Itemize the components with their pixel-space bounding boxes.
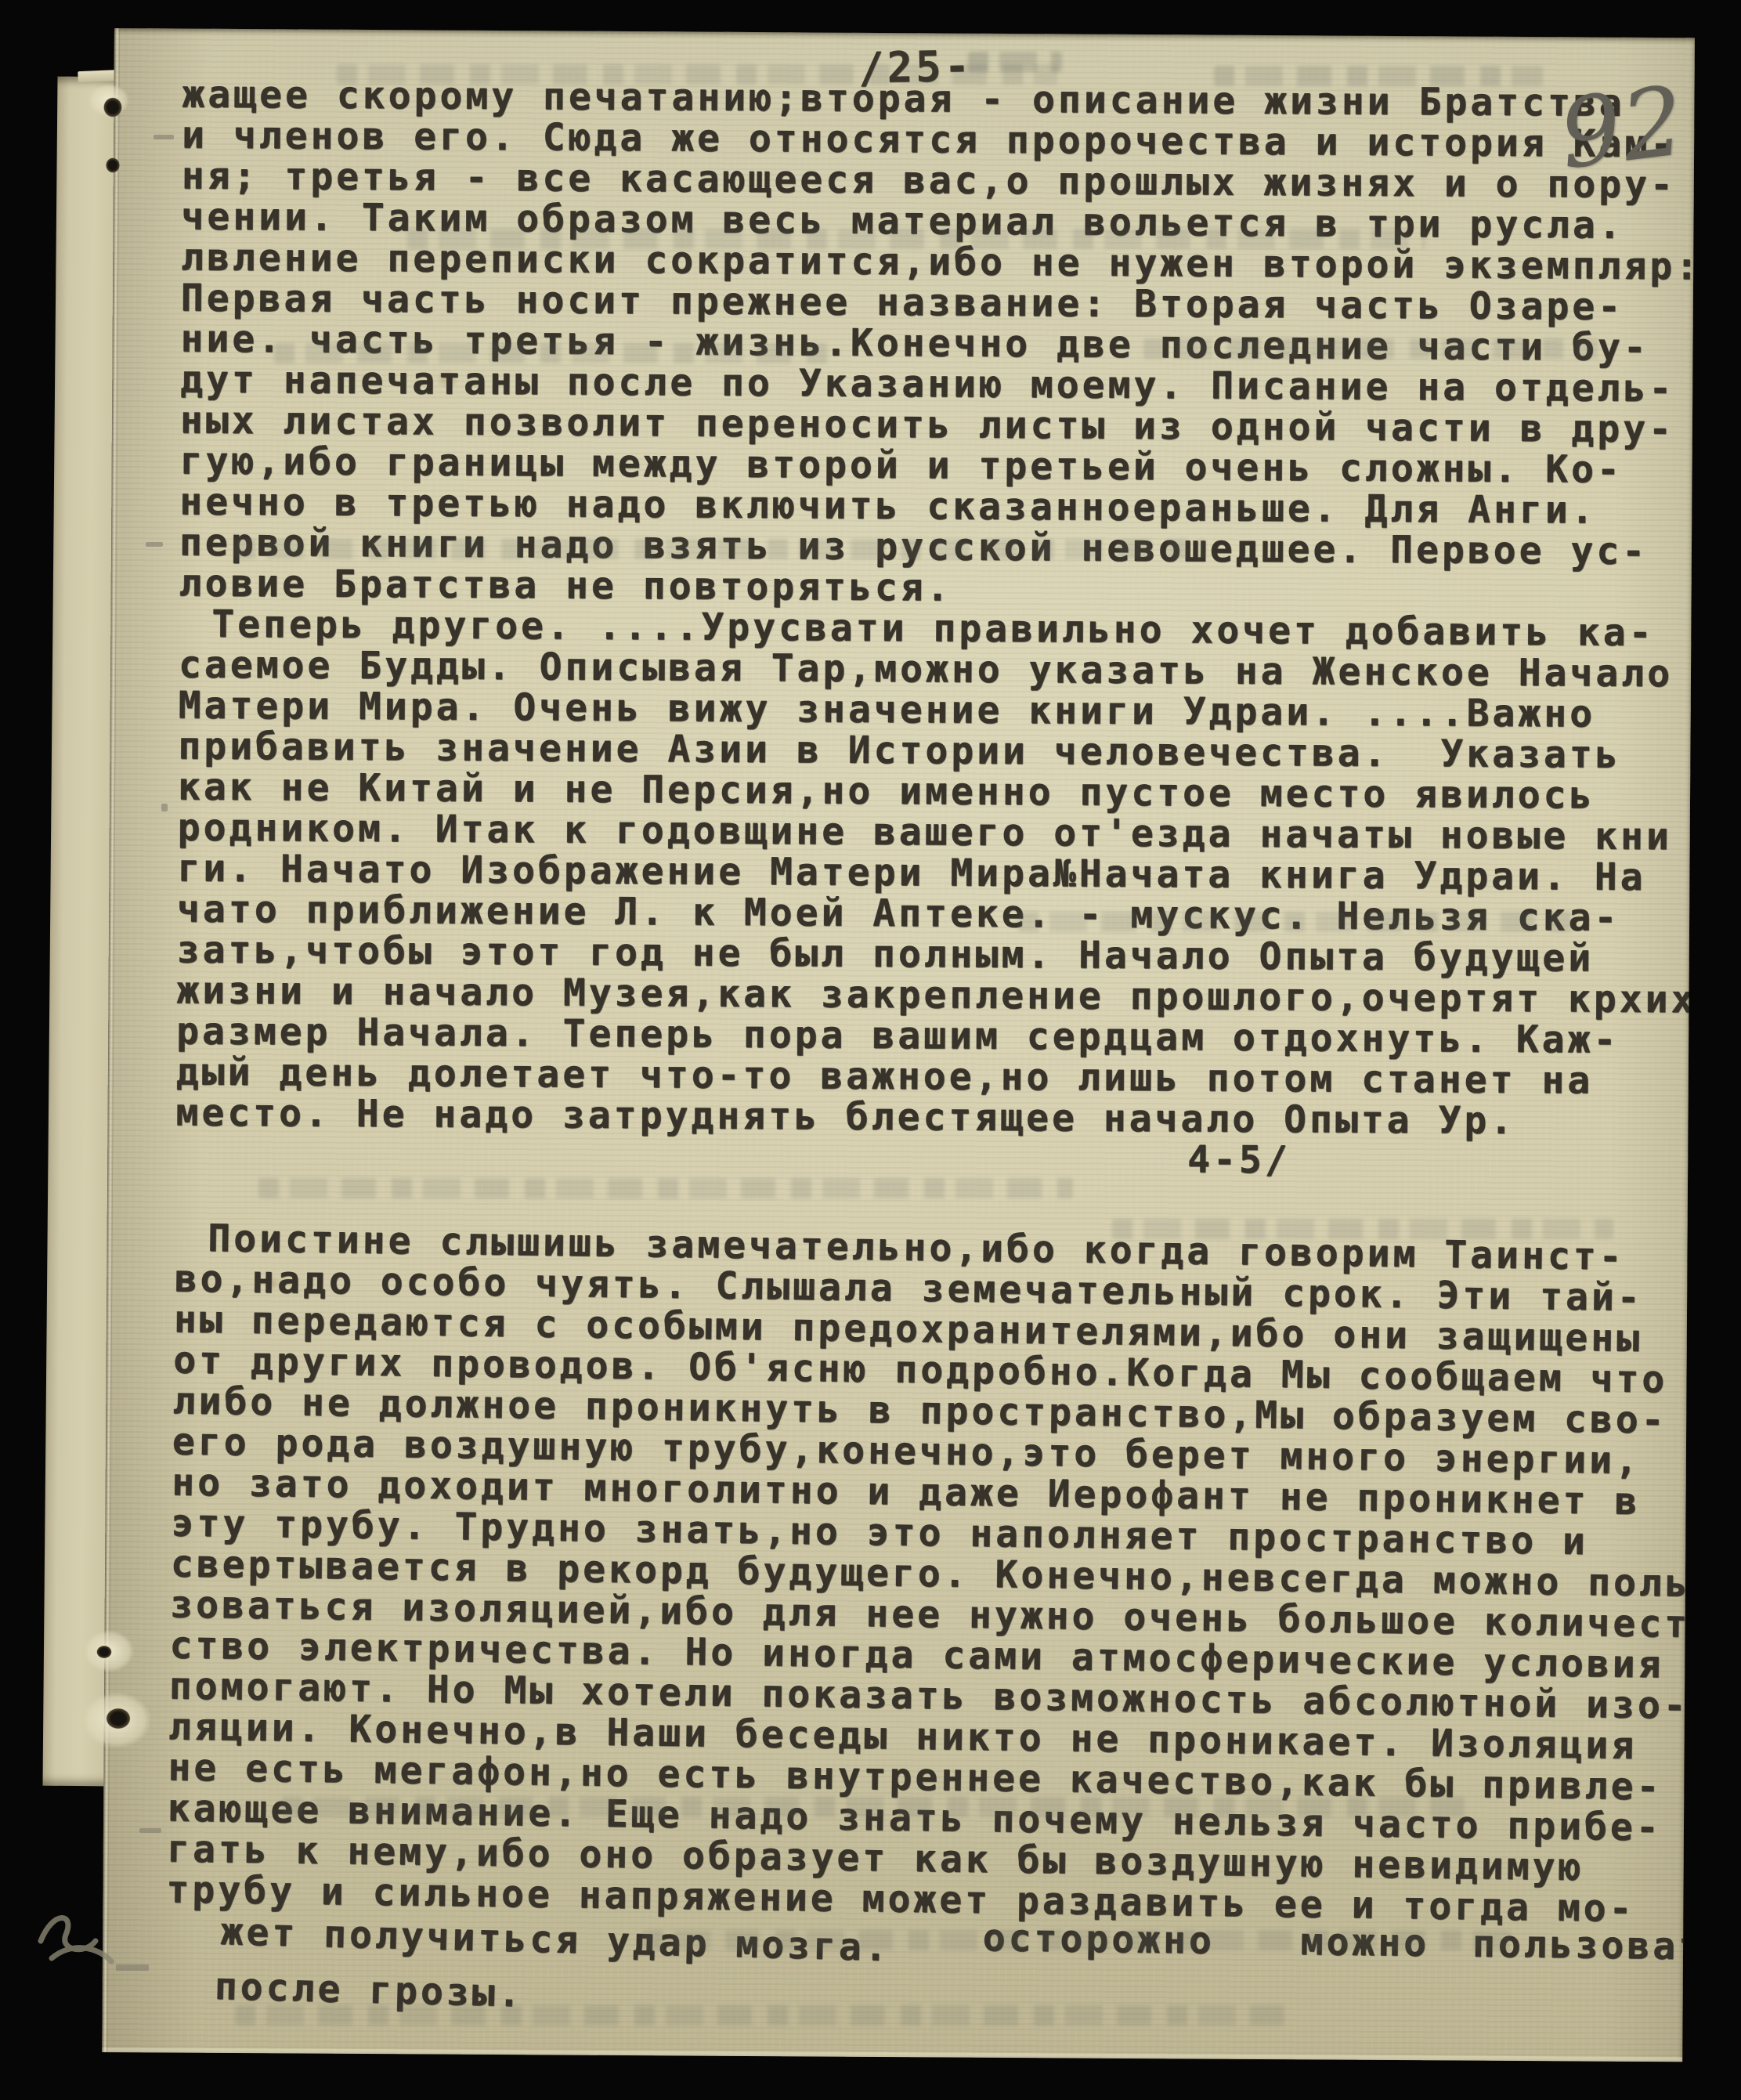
document-sheet: жащее скорому печатанию;вторая - описани…: [102, 28, 1695, 2062]
margin-mark: [154, 135, 174, 139]
page-bottom-text: жет получиться удар мозга. осторожно мож…: [168, 1910, 1695, 2044]
header-page-mark: /25-: [858, 41, 973, 92]
margin-mark: [139, 1828, 161, 1833]
margin-mark: [161, 804, 168, 811]
typewritten-text: жащее скорому печатанию;вторая - описани…: [171, 74, 1695, 2015]
binding-hole: [102, 1704, 135, 1733]
paragraph-1: жащее скорому печатанию;вторая - описани…: [179, 74, 1695, 613]
typed-line: место. Не надо затруднять блестящее нача…: [175, 1093, 1695, 1143]
scanned-page-photo: жащее скорому печатанию;вторая - описани…: [0, 0, 1741, 2100]
paragraph-2: Теперь другое. ....Урусвати правильно хо…: [175, 604, 1695, 1143]
handwritten-page-number: 92: [1554, 65, 1691, 190]
margin-mark: [146, 542, 163, 547]
binding-hole: [100, 94, 125, 121]
margin-mark: [116, 1964, 149, 1971]
paragraph-3: Поистине слышишь замечательно,ибо когда …: [166, 1218, 1695, 1931]
binding-hole: [94, 1643, 114, 1661]
binding-hole: [103, 155, 122, 175]
typed-text: жет получиться удар мозга.: [220, 1911, 890, 1968]
inserted-note: осторожно можно пользоваться: [983, 1917, 1695, 1968]
